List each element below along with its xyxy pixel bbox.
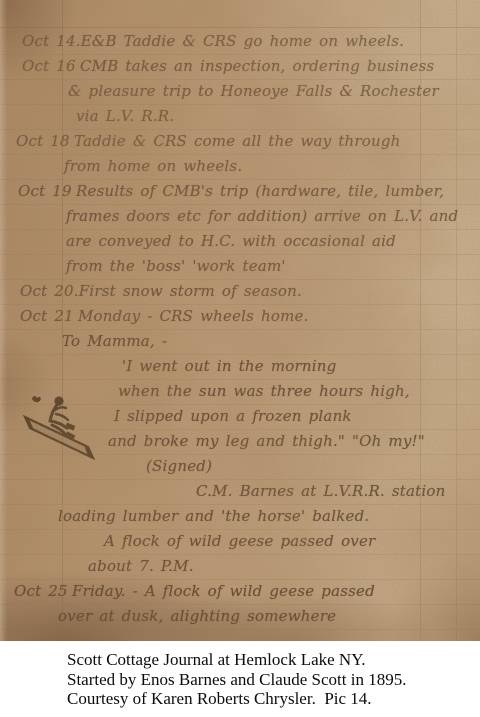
journal-line: are conveyed to H.C. with occasional aid [66,229,480,254]
journal-line-text: Taddie & CRS come all the way through [74,132,401,150]
journal-line: from the 'boss' 'work team' [66,254,480,279]
journal-line-date: Oct 21 [20,304,78,329]
journal-line-text: loading lumber and 'the horse' balked. [58,507,369,525]
journal-line: over at dusk, alighting somewhere [58,604,480,629]
journal-line-date: Oct 16 [22,54,80,79]
journal-line-text: over at dusk, alighting somewhere [58,607,336,625]
journal-line: Oct 25Friday. - A flock of wild geese pa… [14,579,480,604]
journal-line: A flock of wild geese passed over [104,529,480,554]
journal-line: (Signed) [146,454,480,479]
caption-line-1: Scott Cottage Journal at Hemlock Lake NY… [67,650,480,670]
journal-photo: Oct 14.E&B Taddie & CRS go home on wheel… [0,0,480,641]
journal-line-date: Oct 25 [14,579,72,604]
journal-line: I slipped upon a frozen plank [114,404,480,429]
journal-line: C.M. Barnes at L.V.R.R. station [196,479,480,504]
photo-caption: Scott Cottage Journal at Hemlock Lake NY… [0,641,480,717]
journal-line-text: frames doors etc for addition) arrive on… [66,207,458,225]
journal-line-date: Oct 18 [16,129,74,154]
journal-line: via L.V. R.R. [76,104,480,129]
journal-line-text: when the sun was three hours high, [118,382,410,400]
journal-line: To Mamma, - [62,329,480,354]
journal-line-text: and broke my leg and thigh." "Oh my!" [108,432,425,450]
journal-line-text: Monday - CRS wheels home. [78,307,309,325]
journal-line-text: (Signed) [146,457,212,475]
journal-line-text: Friday. - A flock of wild geese passed [72,582,375,600]
journal-line: from home on wheels. [64,154,480,179]
slipping-figure-sketch [22,392,110,466]
journal-line-date: Oct 20. [20,279,79,304]
journal-line-text: C.M. Barnes at L.V.R.R. station [196,482,445,500]
journal-line-date: Oct 19 [18,179,76,204]
journal-line-text: & pleasure trip to Honeoye Falls & Roche… [68,82,439,100]
journal-line: and broke my leg and thigh." "Oh my!" [108,429,480,454]
page: Oct 14.E&B Taddie & CRS go home on wheel… [0,0,480,717]
journal-line-text: CMB takes an inspection, ordering busine… [80,57,434,75]
journal-line: Oct 14.E&B Taddie & CRS go home on wheel… [22,29,480,54]
journal-line-text: First snow storm of season. [79,282,302,300]
journal-lines: Oct 14.E&B Taddie & CRS go home on wheel… [0,0,480,629]
journal-line: 'I went out in the morning [122,354,480,379]
journal-line-text: E&B Taddie & CRS go home on wheels. [81,32,404,50]
caption-line-3: Courtesy of Karen Roberts Chrysler. Pic … [67,689,480,709]
journal-line-text: 'I went out in the morning [122,357,336,375]
journal-line-text: are conveyed to H.C. with occasional aid [66,232,396,250]
journal-line-text: Results of CMB's trip (hardware, tile, l… [76,182,444,200]
journal-line-text: from the 'boss' 'work team' [66,257,286,275]
journal-line: Oct 20.First snow storm of season. [20,279,480,304]
journal-line: & pleasure trip to Honeoye Falls & Roche… [68,79,480,104]
journal-line-text: from home on wheels. [64,157,242,175]
caption-line-2: Started by Enos Barnes and Claude Scott … [67,670,480,690]
journal-line-text: To Mamma, - [62,332,167,350]
journal-line: Oct 18Taddie & CRS come all the way thro… [16,129,480,154]
journal-line: Oct 21Monday - CRS wheels home. [20,304,480,329]
journal-line-text: A flock of wild geese passed over [104,532,375,550]
journal-line-text: via L.V. R.R. [76,107,174,125]
journal-line-date: Oct 14. [22,29,81,54]
journal-line: when the sun was three hours high, [118,379,480,404]
journal-line: about 7. P.M. [88,554,480,579]
journal-line: frames doors etc for addition) arrive on… [66,204,480,229]
journal-line-text: I slipped upon a frozen plank [114,407,352,425]
journal-line: Oct 19Results of CMB's trip (hardware, t… [18,179,480,204]
journal-line: Oct 16CMB takes an inspection, ordering … [22,54,480,79]
journal-line: loading lumber and 'the horse' balked. [58,504,480,529]
journal-line-text: about 7. P.M. [88,557,194,575]
